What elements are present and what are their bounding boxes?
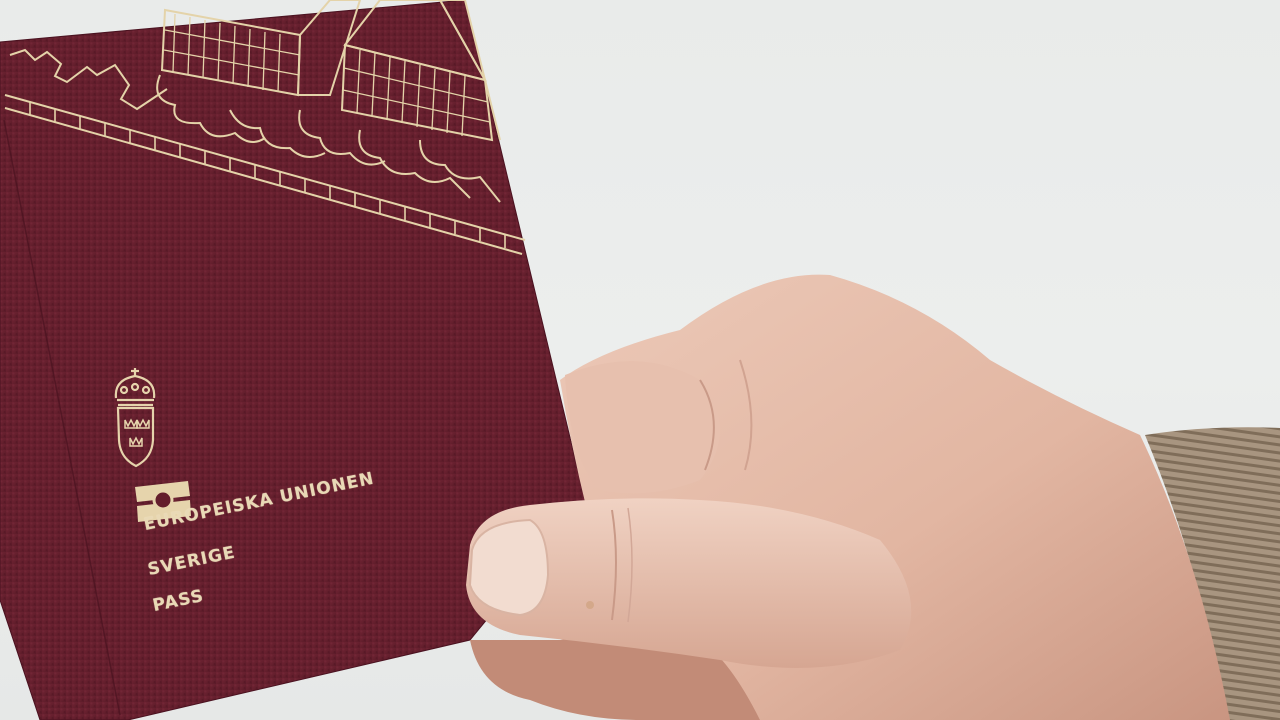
scene-artwork [0, 0, 1280, 720]
photo-scene: EUROPEISKA UNIONEN SVERIGE PASS [0, 0, 1280, 720]
